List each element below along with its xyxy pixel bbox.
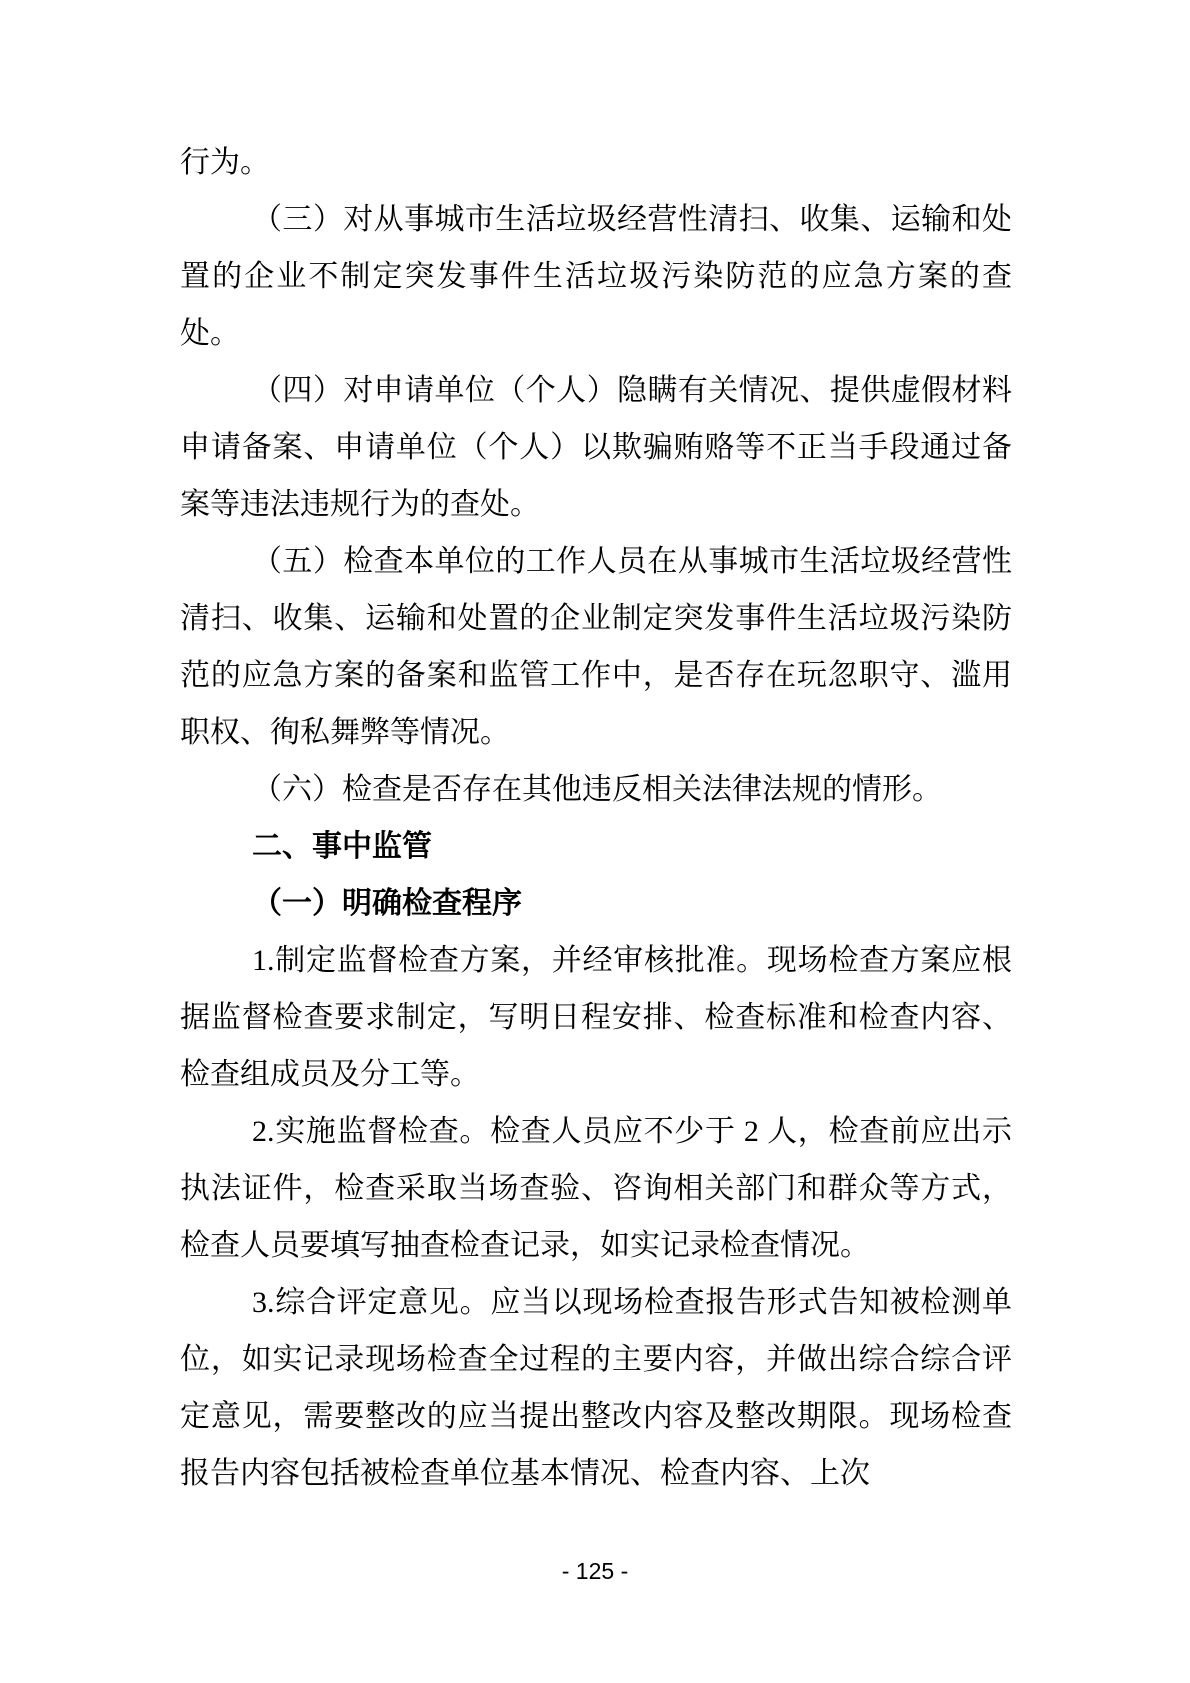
paragraph: 2.实施监督检查。检查人员应不少于 2 人，检查前应出示执法证件，检查采取当场查… bbox=[180, 1103, 1012, 1274]
paragraph: （六）检查是否存在其他违反相关法律法规的情形。 bbox=[180, 761, 1012, 818]
paragraph: 3.综合评定意见。应当以现场检查报告形式告知被检测单位，如实记录现场检查全过程的… bbox=[180, 1274, 1012, 1502]
paragraph: 行为。 bbox=[180, 134, 1012, 191]
paragraph: （四）对申请单位（个人）隐瞒有关情况、提供虚假材料申请备案、申请单位（个人）以欺… bbox=[180, 362, 1012, 533]
paragraph: （三）对从事城市生活垃圾经营性清扫、收集、运输和处置的企业不制定突发事件生活垃圾… bbox=[180, 191, 1012, 362]
paragraph: 1.制定监督检查方案，并经审核批准。现场检查方案应根据监督检查要求制定，写明日程… bbox=[180, 932, 1012, 1103]
section-heading: 二、事中监管 bbox=[180, 818, 1012, 875]
section-heading: （一）明确检查程序 bbox=[180, 875, 1012, 932]
page-footer: - 125 - bbox=[0, 1558, 1190, 1585]
paragraph: （五）检查本单位的工作人员在从事城市生活垃圾经营性清扫、收集、运输和处置的企业制… bbox=[180, 533, 1012, 761]
document-page: 行为。（三）对从事城市生活垃圾经营性清扫、收集、运输和处置的企业不制定突发事件生… bbox=[0, 0, 1190, 1683]
page-number: - 125 - bbox=[562, 1558, 628, 1584]
document-body: 行为。（三）对从事城市生活垃圾经营性清扫、收集、运输和处置的企业不制定突发事件生… bbox=[180, 134, 1012, 1502]
